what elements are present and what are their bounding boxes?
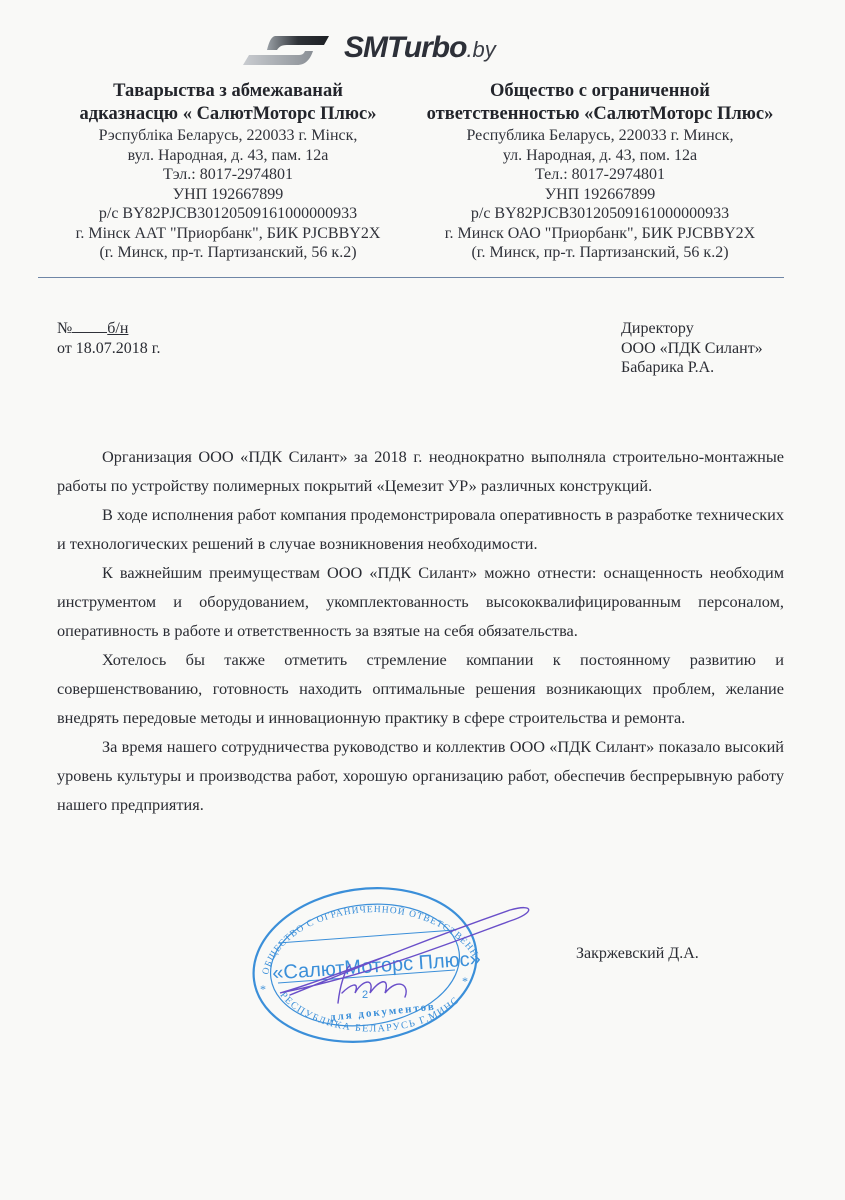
document-date: от 18.07.2018 г. [57, 339, 161, 359]
stamp-company-name: «СалютМоторс Плюс» [272, 948, 482, 985]
bank-account-line: р/с BY82PJCB30120509161000000933 [400, 204, 800, 224]
street-line: ул. Народная, д. 43, пом. 12а [400, 146, 800, 166]
number-value: б/н [107, 320, 128, 337]
street-line: вул. Народная, д. 43, пам. 12а [38, 146, 418, 166]
unp-line: УНП 192667899 [400, 185, 800, 205]
bank-line: г. Мінск ААТ "Приорбанк", БИК PJCBBY2X [38, 224, 418, 244]
star-icon: * [260, 982, 266, 996]
addressee-block: Директору ООО «ПДК Силант» Бабарика Р.А. [621, 319, 763, 378]
unp-line: УНП 192667899 [38, 185, 418, 205]
company-name-line: Таварыства з абмежаванай [38, 80, 418, 103]
address-line: Республика Беларусь, 220033 г. Минск, [400, 126, 800, 146]
company-name-line: адказнасцю « СалютМоторс Плюс» [38, 103, 418, 126]
phone-line: Тел.: 8017-2974801 [400, 165, 800, 185]
bank-account-line: р/с BY82PJCB30120509161000000933 [38, 204, 418, 224]
number-blank-line [72, 319, 107, 333]
logo-brand: SMTurbo [344, 31, 466, 64]
company-name-line: Общество с ограниченной [400, 80, 800, 103]
body-paragraph: В ходе исполнения работ компания продемо… [57, 500, 784, 558]
body-paragraph: Организация ООО «ПДК Силант» за 2018 г. … [57, 442, 784, 500]
company-name-ru: Общество с ограниченной ответственностью… [400, 80, 800, 126]
document-reference: №б/н от 18.07.2018 г. [57, 319, 161, 358]
body-paragraph: К важнейшим преимуществам ООО «ПДК Силан… [57, 558, 784, 645]
signer-name: Закржевский Д.А. [576, 945, 699, 963]
letterhead-belarusian: Таварыства з абмежаванай адказнасцю « Са… [38, 80, 418, 263]
bank-address-line: (г. Минск, пр-т. Партизанский, 56 к.2) [38, 243, 418, 263]
addressee-position: Директору [621, 319, 763, 339]
addressee-company: ООО «ПДК Силант» [621, 339, 763, 359]
body-paragraph: За время нашего сотрудничества руководст… [57, 732, 784, 819]
body-paragraph: Хотелось бы также отметить стремление ко… [57, 645, 784, 732]
letterhead-divider [38, 277, 784, 278]
number-label: № [57, 320, 72, 337]
stamp-number: 2 [362, 989, 368, 1001]
company-name-by: Таварыства з абмежаванай адказнасцю « Са… [38, 80, 418, 126]
bank-address-line: (г. Минск, пр-т. Партизанский, 56 к.2) [400, 243, 800, 263]
letter-body: Организация ООО «ПДК Силант» за 2018 г. … [57, 442, 784, 819]
logo-swoosh-icon [237, 28, 337, 72]
letterhead-russian: Общество с ограниченной ответственностью… [400, 80, 800, 263]
company-stamp: ОБЩЕСТВО С ОГРАНИЧЕННОЙ ОТВЕТСТВЕННОСТЬЮ… [250, 885, 480, 1045]
bank-line: г. Минск ОАО "Приорбанк", БИК PJCBBY2X [400, 224, 800, 244]
document-number: №б/н [57, 319, 161, 339]
star-icon: * [462, 974, 468, 988]
company-name-line: ответственностью «СалютМоторс Плюс» [400, 103, 800, 126]
smturbo-logo: SMTurbo.by [237, 28, 497, 72]
addressee-name: Бабарика Р.А. [621, 358, 763, 378]
address-line: Рэспубліка Беларусь, 220033 г. Мінск, [38, 126, 418, 146]
logo-domain-suffix: .by [466, 37, 495, 62]
phone-line: Тэл.: 8017-2974801 [38, 165, 418, 185]
logo-wordmark: SMTurbo.by [344, 31, 496, 65]
